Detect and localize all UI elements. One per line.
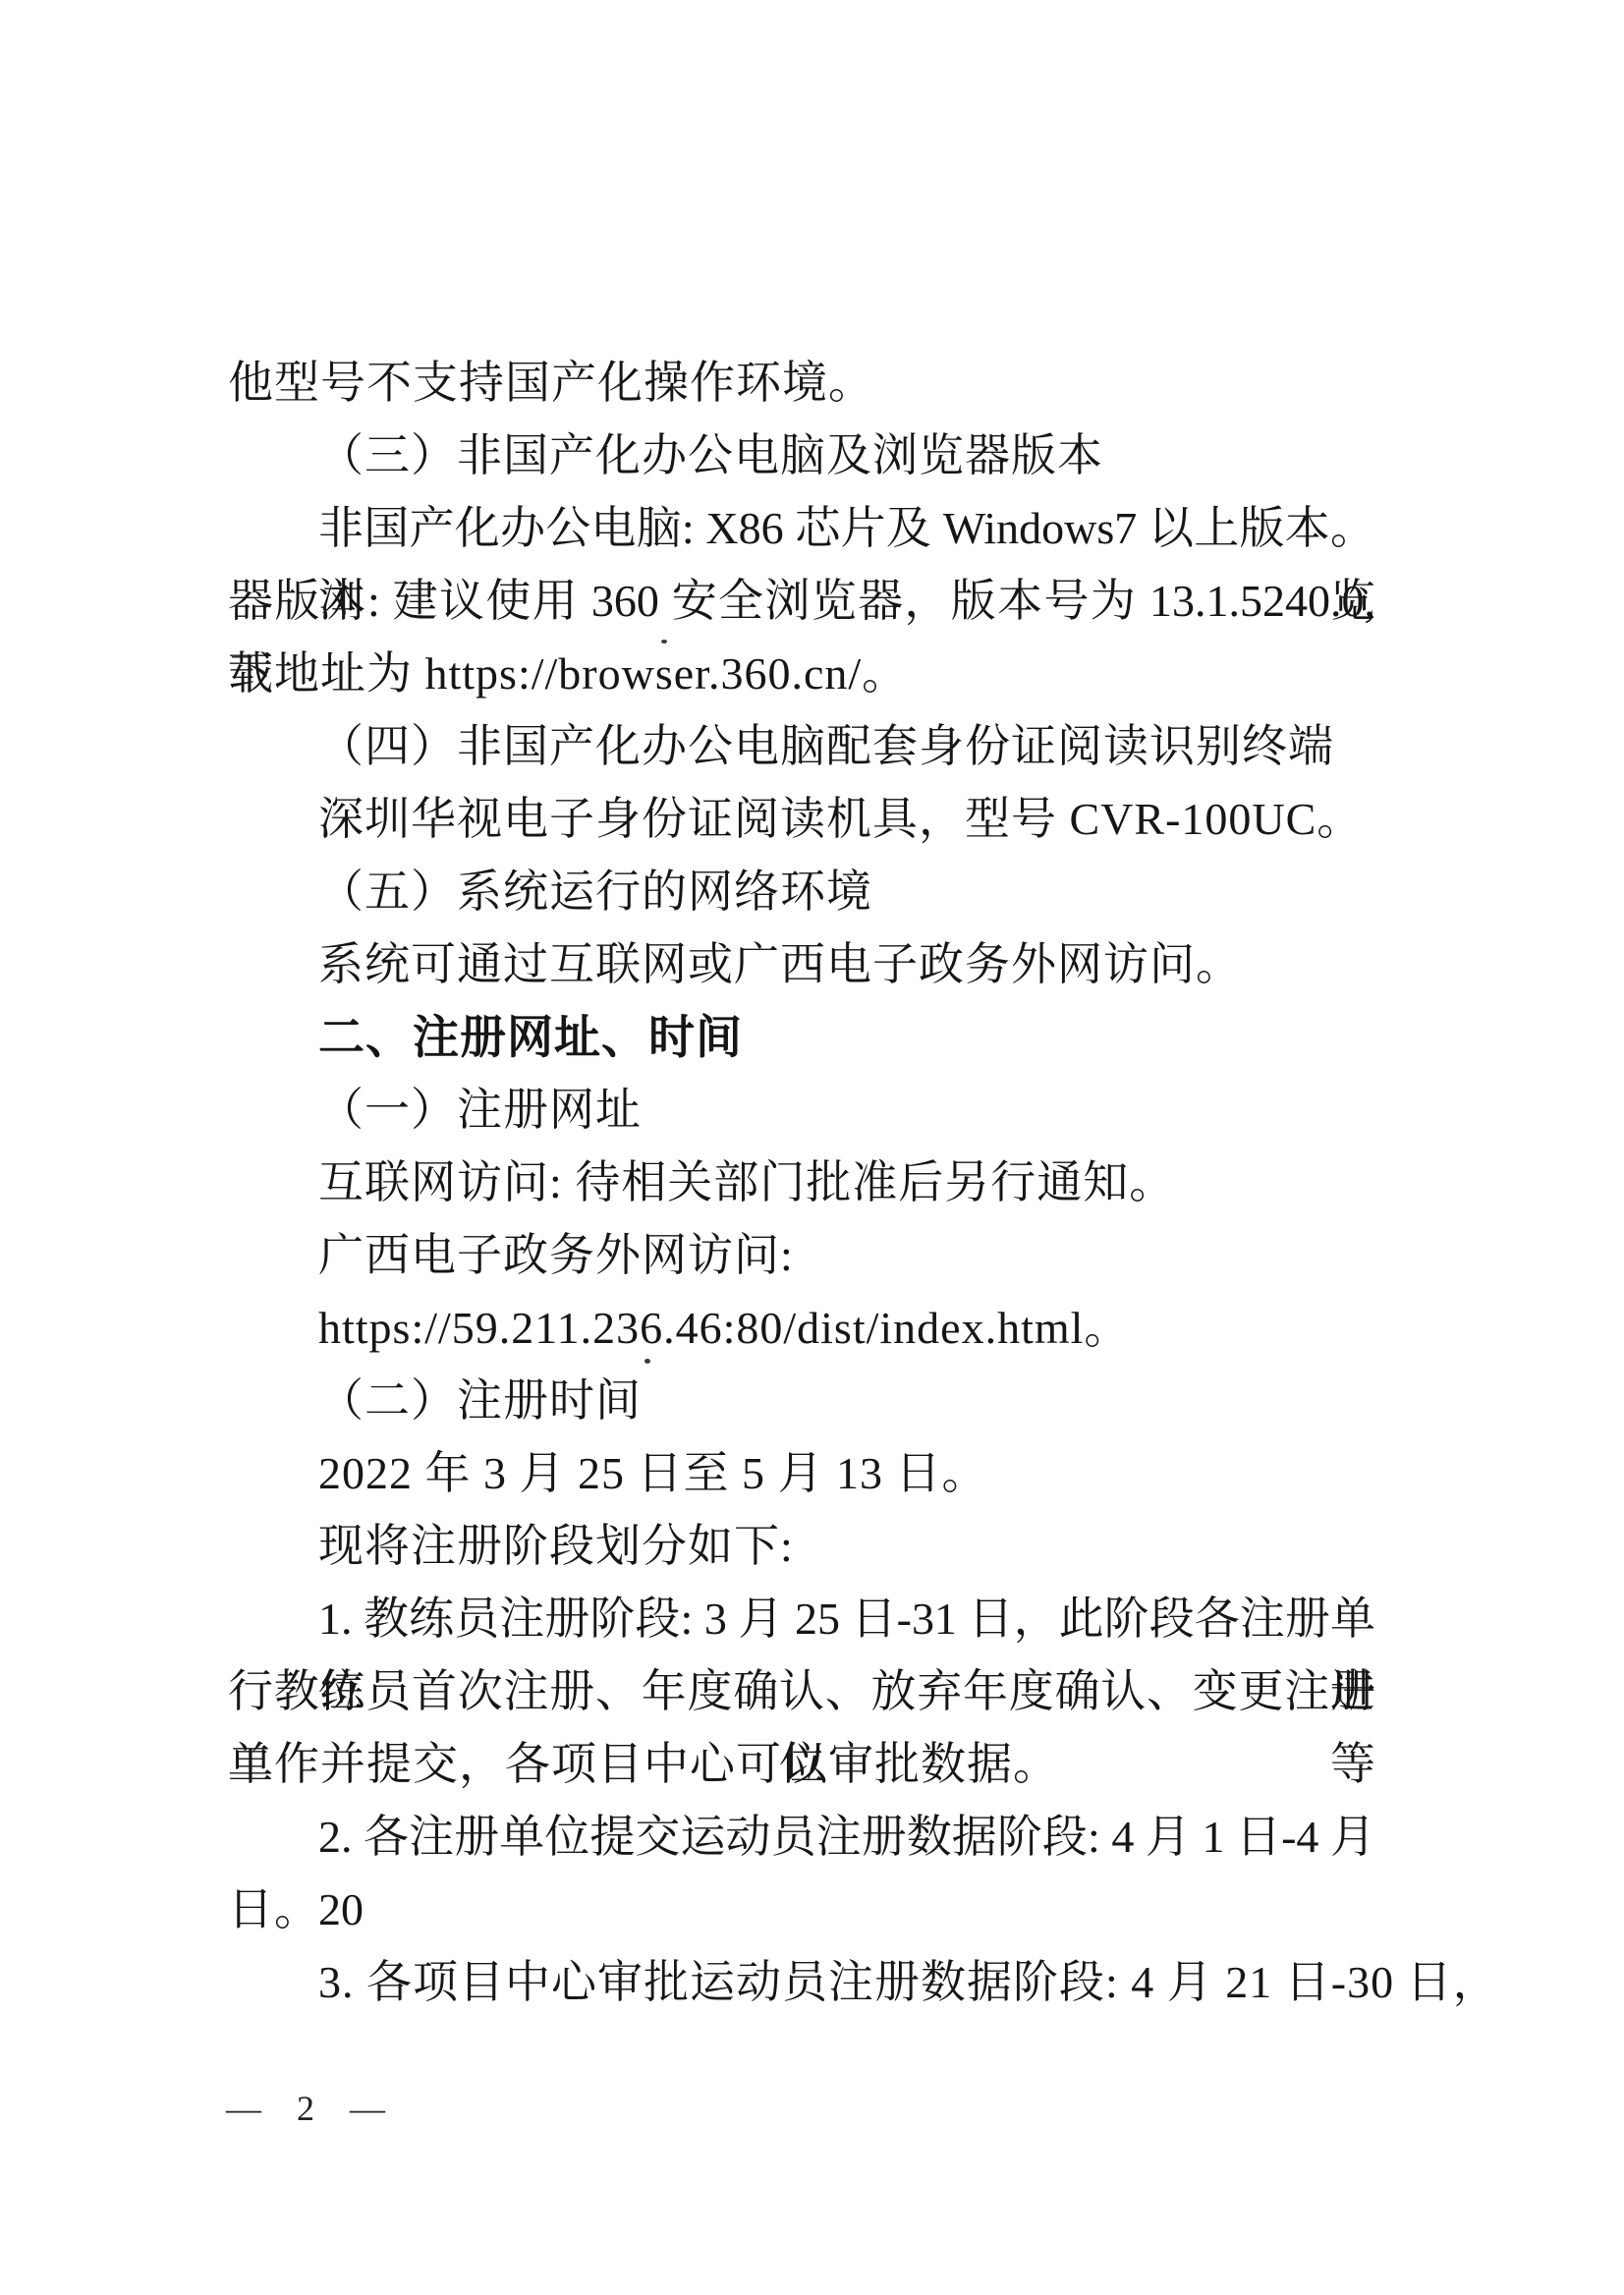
doc-line: 2022 年 3 月 25 日至 5 月 13 日。	[228, 1437, 1375, 1510]
doc-line: 系统可通过互联网或广西电子政务外网访问。	[228, 928, 1375, 1001]
doc-line: 深圳华视电子身份证阅读机具，型号 CVR-100UC。	[228, 783, 1375, 856]
doc-line-with-url: https://59.211.236.46:80/dist/index.html…	[228, 1292, 1375, 1365]
page-number-left-dash: —	[226, 2087, 261, 2130]
scan-speck	[644, 1359, 650, 1364]
doc-line: 行教练员首次注册、年度确认、放弃年度确认、变更注册单位等	[228, 1655, 1375, 1728]
doc-line: 现将注册阶段划分如下:	[228, 1510, 1375, 1583]
doc-line: 1. 教练员注册阶段: 3 月 25 日-31 日，此阶段各注册单位进	[228, 1583, 1375, 1655]
doc-line-with-url: 载地址为 https://browser.360.cn/。	[228, 638, 1375, 710]
doc-line: 他型号不支持国产化操作环境。	[228, 347, 1375, 420]
subsection-heading-line: （一）注册网址	[228, 1074, 1375, 1147]
scan-speck	[661, 640, 667, 644]
page-number: — 2 —	[226, 2087, 385, 2130]
doc-line: 2. 各注册单位提交运动员注册数据阶段: 4 月 1 日-4 月 20	[228, 1801, 1375, 1874]
document-page: 他型号不支持国产化操作环境。 （三）非国产化办公电脑及浏览器版本 非国产化办公电…	[0, 0, 1624, 2295]
doc-line: 互联网访问: 待相关部门批准后另行通知。	[228, 1147, 1375, 1219]
subsection-heading-line: （五）系统运行的网络环境	[228, 856, 1375, 928]
page-number-right-dash: —	[350, 2087, 385, 2130]
doc-line: 器版本: 建议使用 360 安全浏览器，版本号为 13.1.5240.0,下	[228, 565, 1375, 638]
doc-line: 3. 各项目中心审批运动员注册数据阶段: 4 月 21 日-30 日，	[228, 1946, 1375, 2019]
subsection-heading-line: （四）非国产化办公电脑配套身份证阅读识别终端	[228, 710, 1375, 783]
section-heading-line: 二、注册网址、时间	[228, 1001, 1375, 1074]
doc-line: 日。	[228, 1874, 1375, 1946]
subsection-heading-line: （二）注册时间	[228, 1365, 1375, 1437]
doc-line: 工作并提交，各项目中心可以审批数据。	[228, 1728, 1375, 1801]
page-number-value: 2	[297, 2087, 314, 2130]
subsection-heading-line: （三）非国产化办公电脑及浏览器版本	[228, 420, 1375, 492]
doc-line: 非国产化办公电脑: X86 芯片及 Windows7 以上版本。浏览	[228, 492, 1375, 565]
doc-line: 广西电子政务外网访问:	[228, 1219, 1375, 1292]
